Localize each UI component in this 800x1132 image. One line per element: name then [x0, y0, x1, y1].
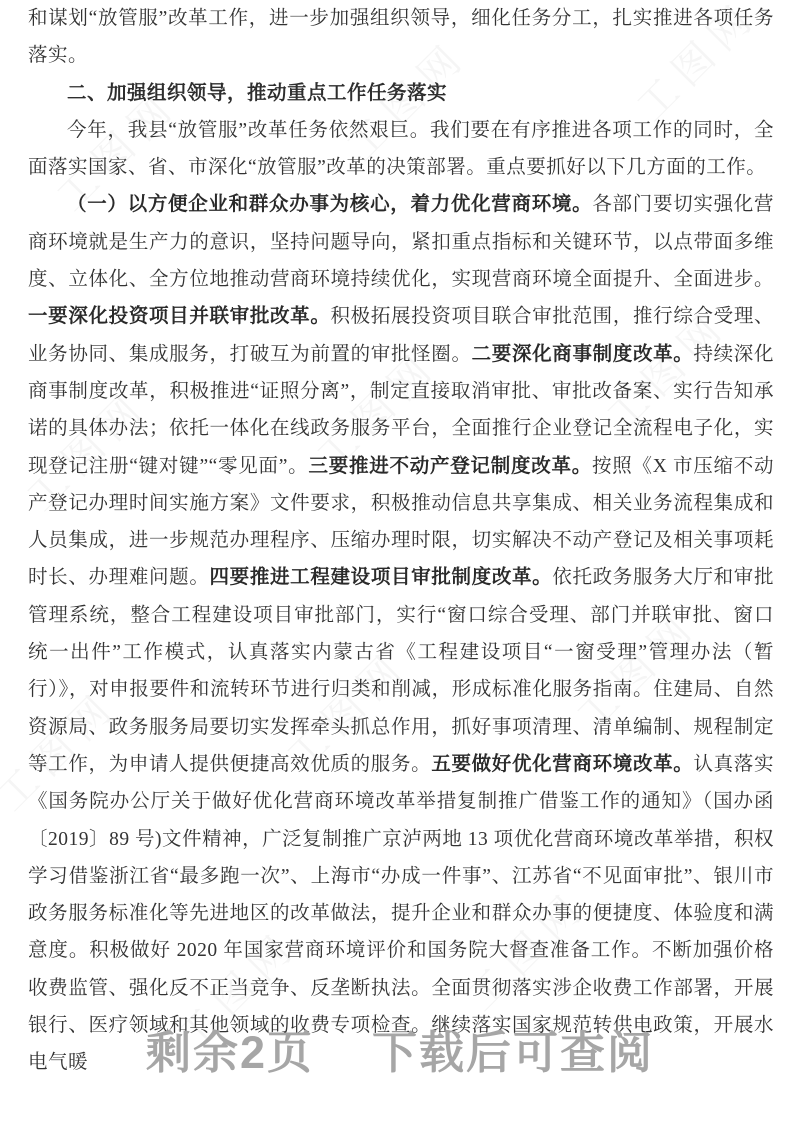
document-body: 和谋划“放管服”改革工作，进一步加强组织领导，细化任务分工，扎实推进各项任务落实…	[28, 0, 774, 1082]
paragraph-text: 今年，我县“放管服”改革任务依然艰巨。我们要在有序推进各项工作的同时，全面落实国…	[28, 120, 774, 178]
section-heading: 二、加强组织领导，推动重点工作任务落实	[28, 75, 774, 112]
run-bold: 五要做好优化营商环境改革。	[431, 754, 693, 775]
paragraph-text: 和谋划“放管服”改革工作，进一步加强组织领导，细化任务分工，扎实推进各项任务落实…	[28, 8, 774, 66]
heading-text: 二、加强组织领导，推动重点工作任务落实	[67, 83, 447, 104]
run-text: 认真落实《国务院办公厅关于做好优化营商环境改革举措复制推广借鉴工作的通知》（国办…	[28, 754, 774, 1073]
paragraph-intro: 今年，我县“放管服”改革任务依然艰巨。我们要在有序推进各项工作的同时，全面落实国…	[28, 112, 774, 187]
run-bold: 四要推进工程建设项目审批制度改革。	[210, 567, 553, 588]
run-bold: 三要推进不动产登记制度改革。	[308, 456, 592, 477]
paragraph-top-partial: 和谋划“放管服”改革工作，进一步加强组织领导，细化任务分工，扎实推进各项任务落实…	[28, 0, 774, 75]
run-text: 依托政务服务大厅和审批管理系统，整合工程建设项目审批部门，实行“窗口综合受理、部…	[28, 567, 774, 774]
run-bold: （一）以方便企业和群众办事为核心，着力优化营商环境。	[67, 194, 592, 215]
run-bold: 一要深化投资项目并联审批改革。	[28, 306, 331, 327]
preview-limit-banner: 剩余2页 下载后可查阅	[0, 1028, 800, 1078]
document-page: 工图网 工图网 工图网 工图网 工图网 工图网 工图网 工图网 工图网 工图网 …	[0, 0, 800, 1132]
run-bold: 二要深化商事制度改革。	[472, 344, 694, 365]
paragraph-item-one: （一）以方便企业和群众办事为核心，着力优化营商环境。各部门要切实强化营商环境就是…	[28, 186, 774, 1081]
remaining-pages-label: 剩余2页	[146, 1028, 314, 1078]
download-hint-label: 下载后可查阅	[372, 1028, 654, 1078]
